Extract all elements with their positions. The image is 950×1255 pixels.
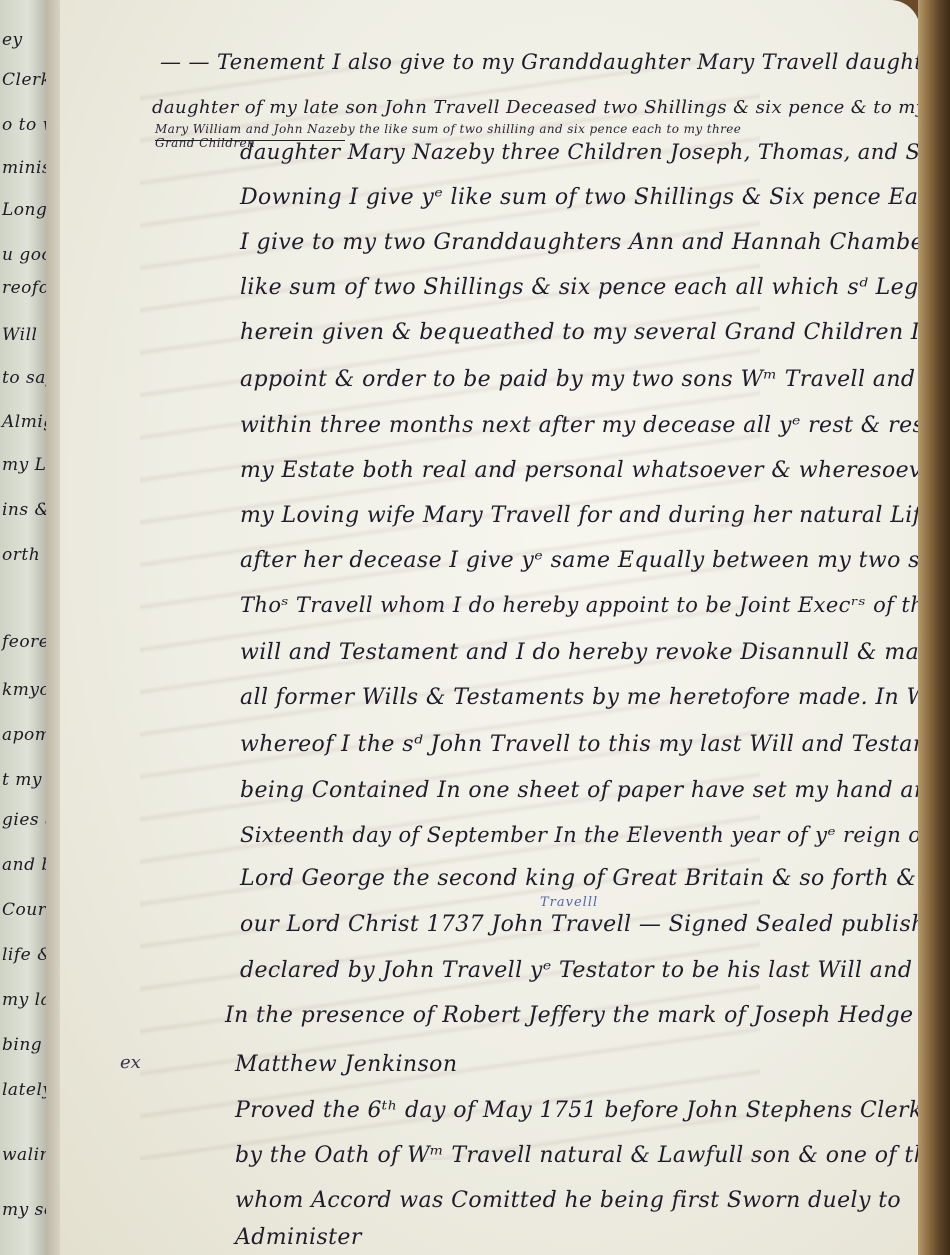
text-line: Downing I give yᵉ like sum of two Shilli…	[240, 185, 950, 210]
text-line: daughter Mary Nazeby three Children Jose…	[240, 140, 950, 164]
text-line: my Loving wife Mary Travell for and duri…	[240, 503, 950, 528]
text-line: my Estate both real and personal whatsoe…	[240, 458, 950, 483]
text-line: Thoˢ Travell whom I do hereby appoint to…	[240, 593, 950, 617]
facing-page-text: Clerk	[2, 70, 47, 90]
text-line: will and Testament and I do hereby revok…	[240, 640, 950, 665]
text-line: within three months next after my deceas…	[240, 413, 950, 438]
manuscript-page: — — Tenement I also give to my Granddaug…	[60, 0, 920, 1255]
text-line: — — Tenement I also give to my Granddaug…	[160, 50, 946, 74]
facing-page-text: Will	[2, 325, 38, 345]
facing-page-text: bing i	[2, 1035, 47, 1055]
text-line: In the presence of Robert Jeffery the ma…	[225, 1003, 943, 1028]
text-line: all former Wills & Testaments by me here…	[240, 685, 950, 710]
text-line: being Contained In one sheet of paper ha…	[240, 778, 950, 803]
facing-page-text: t my	[2, 770, 42, 790]
facing-page-text: ins & k	[2, 500, 47, 520]
book-edge-binding	[918, 0, 950, 1255]
facing-page-text: Cour	[2, 900, 46, 920]
facing-page-text: Long	[2, 200, 47, 220]
text-line: declared by John Travell yᵉ Testator to …	[240, 958, 950, 983]
facing-page-text: apom	[2, 725, 47, 745]
facing-page-text: feoreaft	[2, 632, 47, 652]
text-line: after her decease I give yᵉ same Equally…	[240, 548, 950, 573]
facing-page-text: u good	[2, 245, 47, 265]
facing-page-text: life &	[2, 945, 47, 965]
text-line: whereof I the sᵈ John Travell to this my…	[240, 732, 950, 757]
text-line: Matthew Jenkinson	[235, 1052, 457, 1077]
facing-page-text: reofory	[2, 278, 47, 298]
text-line: like sum of two Shillings & six pence ea…	[240, 275, 950, 300]
text-line: Sixteenth day of September In the Eleven…	[240, 823, 950, 847]
facing-page-text: Almig	[2, 412, 47, 432]
facing-page-text: my L	[2, 455, 46, 475]
margin-annotation: ex	[120, 1052, 141, 1073]
facing-page-text: kmyou	[2, 680, 47, 700]
facing-page-text: my la	[2, 990, 47, 1010]
facing-page-text: orth bo	[2, 545, 47, 565]
facing-page-text: ey	[2, 30, 23, 50]
text-line-insertion: Mary William and John Nazeby the like su…	[155, 122, 741, 136]
text-line: appoint & order to be paid by my two son…	[240, 367, 950, 392]
facing-page-text: gies an	[2, 810, 47, 830]
facing-page-text: minist	[2, 158, 47, 178]
text-line: I give to my two Granddaughters Ann and …	[240, 230, 950, 255]
facing-page-fragment: ey Clerk o to w minist Long u good reofo…	[0, 0, 47, 1255]
text-line: our Lord Christ 1737 John Travell — Sign…	[240, 912, 950, 937]
text-line: Administer	[235, 1225, 362, 1250]
facing-page-text: my son	[2, 1200, 47, 1220]
interlinear-annotation: Travelll	[540, 895, 598, 910]
facing-page-text: o to w	[2, 115, 47, 135]
facing-page-text: lately	[2, 1080, 47, 1100]
text-line: daughter of my late son John Travell Dec…	[152, 97, 926, 118]
facing-page-text: and bo	[2, 855, 47, 875]
text-line: whom Accord was Comitted he being first …	[235, 1188, 901, 1213]
text-line: by the Oath of Wᵐ Travell natural & Lawf…	[235, 1143, 950, 1168]
text-line: Proved the 6ᵗʰ day of May 1751 before Jo…	[235, 1098, 950, 1123]
text-line: Lord George the second king of Great Bri…	[240, 866, 950, 891]
text-line: herein given & bequeathed to my several …	[240, 320, 950, 345]
facing-page-text: walin	[2, 1145, 47, 1165]
facing-page-text: to say	[2, 368, 47, 388]
